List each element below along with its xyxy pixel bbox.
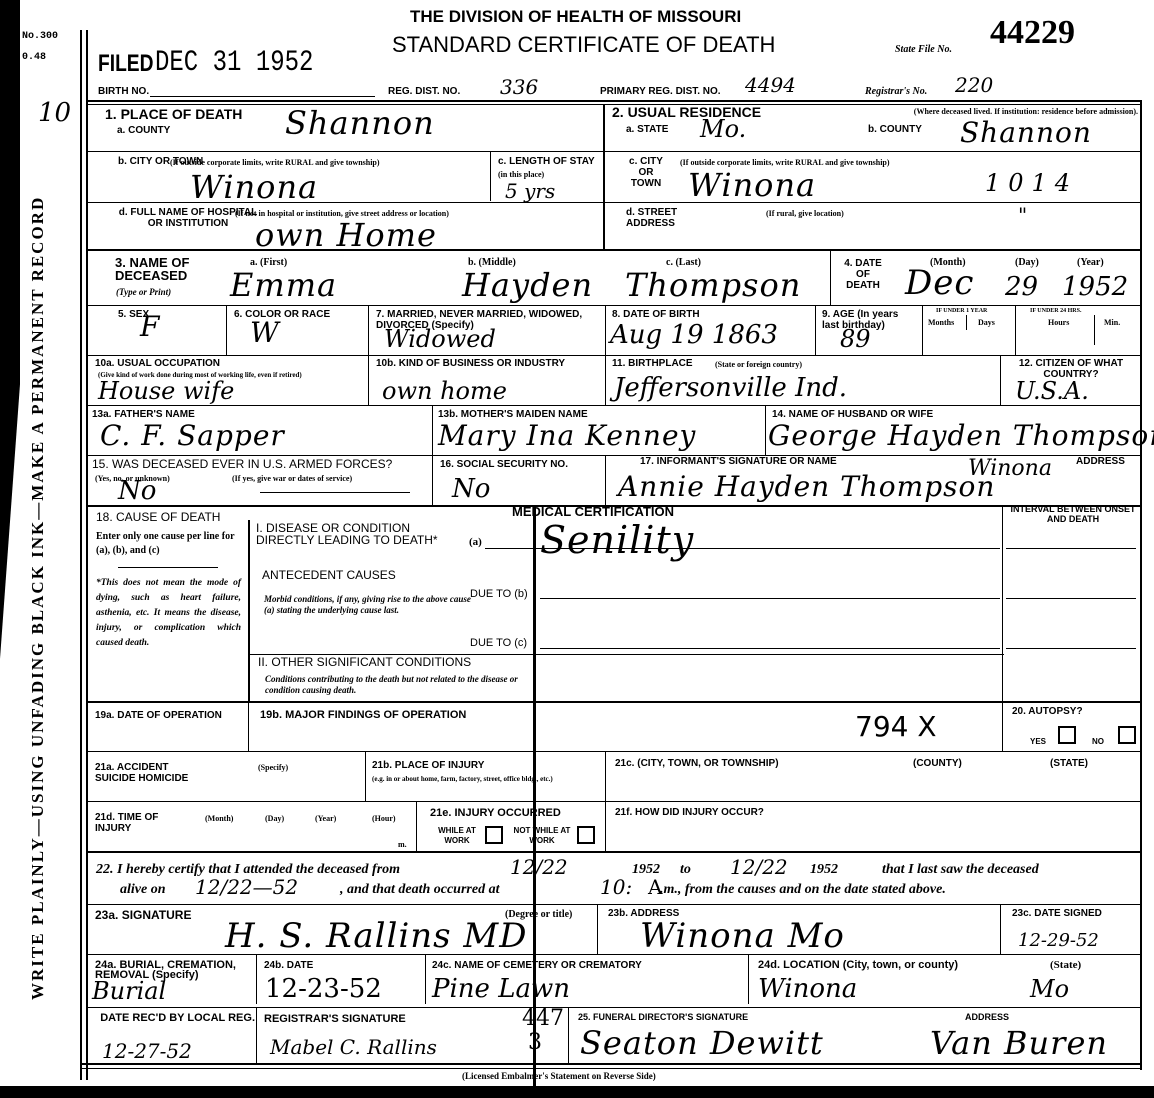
row-divider [86, 1007, 1140, 1008]
not-while-at-work-label: NOT WHILE AT WORK [512, 826, 572, 846]
op-date-label: 19a. DATE OF OPERATION [95, 710, 222, 721]
cert-to-year: 1952 [810, 864, 838, 876]
informant-label: 17. INFORMANT'S SIGNATURE OR NAME [640, 456, 837, 467]
death-year: 1952 [1062, 276, 1128, 298]
col-divider [425, 954, 426, 1004]
name-label: 3. NAME OF DECEASED [115, 256, 215, 282]
min-label: Min. [1104, 318, 1120, 327]
injury-county-label: (COUNTY) [913, 758, 962, 769]
state-file-no: 44229 [990, 14, 1075, 52]
birthplace-note: (State or foreign country) [715, 360, 802, 369]
primary-reg-dist-label: PRIMARY REG. DIST. NO. [600, 86, 721, 97]
last-name: Thompson [625, 270, 801, 300]
time-month-label: (Month) [205, 814, 233, 823]
cause-instr: Enter only one cause per line for (a), (… [96, 530, 244, 558]
due-to-c-label: DUE TO (c) [470, 638, 527, 649]
col-divider [830, 249, 831, 305]
county-label: a. COUNTY [117, 125, 170, 136]
informant-value: Annie Hayden Thompson [618, 472, 995, 502]
registrar-signature: Mabel C. Rallins [270, 1036, 437, 1058]
days-label: Days [978, 318, 995, 327]
accident-label: 21a. ACCIDENT SUICIDE HOMICIDE [95, 762, 205, 784]
autopsy-no-label: NO [1092, 736, 1104, 747]
filed-label: FILED [98, 50, 153, 78]
death-day-label: (Day) [1015, 258, 1039, 267]
burial-date-label: 24b. DATE [264, 960, 313, 971]
race-value: W [250, 322, 279, 344]
res-city: Winona [688, 170, 816, 200]
place-of-injury-note: (e.g. in or about home, farm, factory, s… [372, 775, 600, 784]
not-while-at-work-checkbox[interactable] [577, 826, 595, 844]
reg-dist-no: 336 [500, 76, 538, 98]
date-of-death-label: 4. DATE OF DEATH [838, 258, 888, 291]
business-value: own home [382, 380, 507, 402]
ssn-label: 16. SOCIAL SECURITY NO. [440, 459, 600, 470]
col-divider [1002, 701, 1003, 751]
birth-no-label: BIRTH NO. [98, 86, 149, 97]
row-divider [86, 405, 1140, 406]
res-city-label: c. CITY OR TOWN [626, 156, 666, 189]
time-year-label: (Year) [315, 814, 336, 823]
birthplace-value: Jeffersonville Ind. [614, 377, 847, 399]
burial-value: Burial [92, 980, 166, 1002]
sex-value: F [140, 316, 159, 338]
cert-to-label: to [680, 864, 691, 876]
col-divider [248, 520, 250, 702]
cause-footnote: *This does not mean the mode of dying, s… [96, 576, 241, 651]
row-divider [86, 954, 1140, 955]
col-divider [416, 801, 417, 851]
reg-dist-label: REG. DIST. NO. [388, 86, 460, 97]
interval-line-a [1006, 548, 1136, 549]
agency-title: THE DIVISION OF HEALTH OF MISSOURI [410, 8, 741, 26]
part1-label: I. DISEASE OR CONDITION DIRECTLY LEADING… [256, 522, 466, 546]
funeral-address-label: ADDRESS [965, 1012, 1009, 1023]
antecedent-label: ANTECEDENT CAUSES [262, 570, 396, 581]
accident-specify: (Specify) [258, 763, 288, 772]
interval-divider [1002, 505, 1003, 701]
signature-label: 23a. SIGNATURE [95, 910, 191, 921]
mother-value: Mary Ina Kenney [438, 421, 696, 451]
armed-forces-note-2: (If yes, give war or dates of service) [232, 474, 352, 483]
margin-note-1: No.300 [22, 32, 58, 41]
time-of-injury-label: 21d. TIME OF INJURY [95, 812, 195, 834]
death-county: Shannon [285, 108, 435, 138]
location-state: Mo [1030, 978, 1069, 1000]
location-value: Winona [758, 978, 857, 1000]
antecedent-note: Morbid conditions, if any, giving rise t… [264, 594, 474, 616]
ssn-value: No [452, 478, 490, 500]
occupation-value: House wife [98, 380, 234, 402]
business-label: 10b. KIND OF BUSINESS OR INDUSTRY [376, 358, 601, 369]
occupation-label: 10a. USUAL OCCUPATION [95, 358, 220, 369]
how-injury-label: 21f. HOW DID INJURY OCCUR? [615, 807, 764, 818]
location-label: 24d. LOCATION (City, town, or county) [758, 960, 958, 971]
section-divider [86, 851, 1140, 853]
funeral-director-label: 25. FUNERAL DIRECTOR'S SIGNATURE [578, 1012, 748, 1023]
res-street-note: (If rural, give location) [766, 209, 844, 218]
col-divider [226, 305, 227, 355]
section-divider [86, 701, 1140, 703]
physician-signature: H. S. Rallins MD [225, 918, 527, 954]
death-day: 29 [1005, 276, 1038, 298]
place-of-injury-label: 21b. PLACE OF INJURY [372, 760, 484, 771]
funeral-address: Van Buren [930, 1026, 1108, 1060]
res-street-label: d. STREET ADDRESS [626, 207, 706, 229]
city-note: (If outside corporate limits, write RURA… [170, 158, 380, 167]
time-day-label: (Day) [265, 814, 284, 823]
cert-line1-post: that I last saw the deceased [882, 864, 1039, 876]
form-bottom-border-2 [80, 1068, 1142, 1069]
date-signed: 12-29-52 [1018, 930, 1099, 952]
res-state: Mo. [700, 118, 746, 140]
col-divider [1000, 904, 1001, 954]
injury-state-label: (STATE) [1050, 758, 1088, 769]
cert-alive-post: .m., from the causes and on the date sta… [660, 884, 946, 896]
cause-a-value: Senility [540, 520, 694, 560]
father-value: C. F. Sapper [100, 421, 285, 451]
autopsy-no-checkbox[interactable] [1118, 726, 1136, 744]
col-divider [605, 355, 606, 405]
state-file-label: State File No. [895, 44, 952, 56]
death-year-label: (Year) [1077, 258, 1104, 267]
scan-edge-shadow [0, 0, 20, 1098]
marital-value: Widowed [384, 328, 496, 350]
op-code: 794 X [855, 716, 937, 738]
col-divider [815, 305, 816, 355]
armed-forces-value: No [118, 480, 156, 502]
col-divider [568, 1007, 569, 1063]
stay-note: (in this place) [498, 170, 544, 179]
row-divider [86, 202, 603, 203]
header-divider [86, 100, 1142, 102]
stay-length: 5 yrs [505, 180, 555, 202]
row-divider [86, 305, 1140, 306]
reverse-side-note: (Licensed Embalmer's Statement on Revers… [462, 1072, 656, 1081]
col-divider [765, 405, 766, 455]
cert-alive-pre: alive on [120, 884, 166, 896]
while-at-work-checkbox[interactable] [485, 826, 503, 844]
medical-cert-heading: MEDICAL CERTIFICATION [512, 506, 674, 518]
registrar-sig-label: REGISTRAR'S SIGNATURE [264, 1014, 406, 1025]
injury-occurred-label: 21e. INJURY OCCURRED [430, 808, 561, 819]
dob-label: 8. DATE OF BIRTH [612, 309, 700, 320]
place-of-death-heading: 1. PLACE OF DEATH [105, 108, 242, 120]
registrar-no-label: Registrar's No. [865, 86, 927, 98]
cert-alive-date: 12/22—52 [195, 876, 298, 898]
cause-line-b [540, 598, 1000, 599]
margin-note-2: 0.48 [22, 53, 46, 62]
frame-right [1140, 100, 1142, 1070]
res-street: " [1018, 204, 1027, 226]
autopsy-yes-checkbox[interactable] [1058, 726, 1076, 744]
cert-alive-mid: , and that death occurred at [340, 884, 499, 896]
usual-residence-note: (Where deceased lived. If institution: r… [818, 107, 1138, 116]
col-divider [748, 954, 749, 1004]
footnote-divider [118, 567, 218, 568]
col-divider [1015, 305, 1016, 355]
funeral-director-signature: Seaton Dewitt [580, 1026, 824, 1060]
license-sub: 3 [528, 1032, 542, 1054]
cert-from-date: 12/22 [510, 856, 568, 878]
res-county-label: b. COUNTY [868, 124, 922, 135]
date-signed-label: 23c. DATE SIGNED [1012, 908, 1102, 919]
autopsy-yes-label: YES [1030, 736, 1046, 747]
col-divider [605, 455, 606, 505]
res-state-label: a. STATE [626, 124, 668, 135]
col-divider [1094, 315, 1095, 345]
part2-note: Conditions contributing to the death but… [265, 674, 535, 696]
row-divider [86, 151, 603, 152]
registrar-no: 220 [955, 74, 993, 96]
middle-name: Hayden [462, 270, 593, 300]
op-findings-label: 19b. MAJOR FINDINGS OF OPERATION [260, 710, 466, 721]
under-year-label: IF UNDER 1 YEAR [936, 307, 987, 316]
row-divider [603, 151, 1140, 152]
col-divider [256, 1007, 257, 1063]
scan-bottom-edge [0, 1086, 1154, 1098]
while-at-work-label: WHILE AT WORK [432, 826, 482, 846]
name-note: (Type or Print) [116, 286, 171, 298]
col-divider [605, 305, 606, 355]
dob-value: Aug 19 1863 [610, 324, 778, 346]
cert-death-time: 10: [600, 876, 632, 898]
first-name: Emma [230, 270, 337, 300]
cause-line-c [540, 648, 1000, 649]
frame-left-outer [80, 30, 82, 1080]
col-divider [597, 904, 598, 954]
degree-label: (Degree or title) [505, 910, 572, 919]
col-divider [256, 954, 257, 1004]
race-label: 6. COLOR OR RACE [234, 309, 330, 320]
col-divider [248, 701, 249, 751]
margin-instruction: WRITE PLAINLY—USING UNFADING BLACK INK—M… [28, 196, 48, 1000]
date-recd-label: DATE REC'D BY LOCAL REG. [95, 1013, 255, 1024]
autopsy-label: 20. AUTOPSY? [1012, 706, 1083, 717]
col-divider [365, 751, 366, 801]
spouse-value: George Hayden Thompson [768, 421, 1154, 451]
birth-no-line [150, 96, 375, 97]
part2-label: II. OTHER SIGNIFICANT CONDITIONS [258, 657, 471, 668]
sec1-2-divider [603, 104, 605, 249]
interval-label: INTERVAL BETWEEN ONSET AND DEATH [1008, 504, 1138, 524]
citizen-value: U.S.A. [1015, 380, 1089, 402]
death-city: Winona [190, 172, 318, 202]
cemetery-value: Pine Lawn [432, 978, 570, 1000]
date-recd: 12-27-52 [102, 1040, 192, 1062]
frame-left-inner [86, 30, 88, 1080]
row-divider [86, 904, 1140, 905]
age-value: 89 [840, 328, 871, 350]
months-label: Months [928, 318, 954, 327]
cause-label: 18. CAUSE OF DEATH [96, 512, 220, 523]
filed-date: DEC 31 1952 [155, 46, 313, 80]
res-city-code: 1014 [985, 172, 1078, 194]
cert-address: Winona Mo [640, 918, 845, 954]
armed-forces-label: 15. WAS DECEASED EVER IN U.S. ARMED FORC… [92, 459, 392, 470]
license-no: 447 [522, 1008, 564, 1030]
row-divider [603, 202, 1140, 203]
margin-handwritten-mark: 10 [38, 102, 71, 124]
stay-label: c. LENGTH OF STAY [498, 156, 595, 167]
primary-reg-dist-no: 4494 [745, 74, 796, 96]
line-a-label: (a) [469, 538, 482, 547]
row-divider [86, 751, 1140, 752]
hours-label: Hours [1048, 318, 1069, 327]
row-divider [86, 801, 1140, 802]
death-month: Dec [905, 268, 974, 298]
birthplace-label: 11. BIRTHPLACE [612, 358, 693, 369]
col-divider [922, 305, 923, 355]
row-divider [86, 355, 1140, 356]
time-hour-label: (Hour) [372, 814, 396, 823]
section-divider [86, 249, 1142, 251]
informant-address-label: ADDRESS [1076, 456, 1125, 467]
col-divider [1000, 355, 1001, 405]
burial-date: 12-23-52 [265, 978, 382, 1000]
col-divider [966, 315, 967, 330]
stay-divider [490, 151, 491, 201]
injury-city-label: 21c. (CITY, TOWN, OR TOWNSHIP) [615, 758, 779, 769]
service-line [260, 492, 410, 493]
cemetery-label: 24c. NAME OF CEMETERY OR CREMATORY [432, 960, 642, 971]
form-bottom-border [80, 1063, 1142, 1065]
interval-line-b [1006, 598, 1136, 599]
cert-to-date: 12/22 [730, 856, 788, 878]
under-day-label: IF UNDER 24 HRS. [1030, 307, 1081, 316]
death-hospital: own Home [255, 220, 437, 250]
certificate-title: STANDARD CERTIFICATE OF DEATH [392, 33, 775, 57]
interval-line-c [1006, 648, 1136, 649]
location-state-label: (State) [1050, 961, 1081, 970]
due-to-b-label: DUE TO (b) [470, 589, 528, 600]
res-county: Shannon [960, 118, 1092, 148]
time-m-label: m. [398, 840, 407, 849]
